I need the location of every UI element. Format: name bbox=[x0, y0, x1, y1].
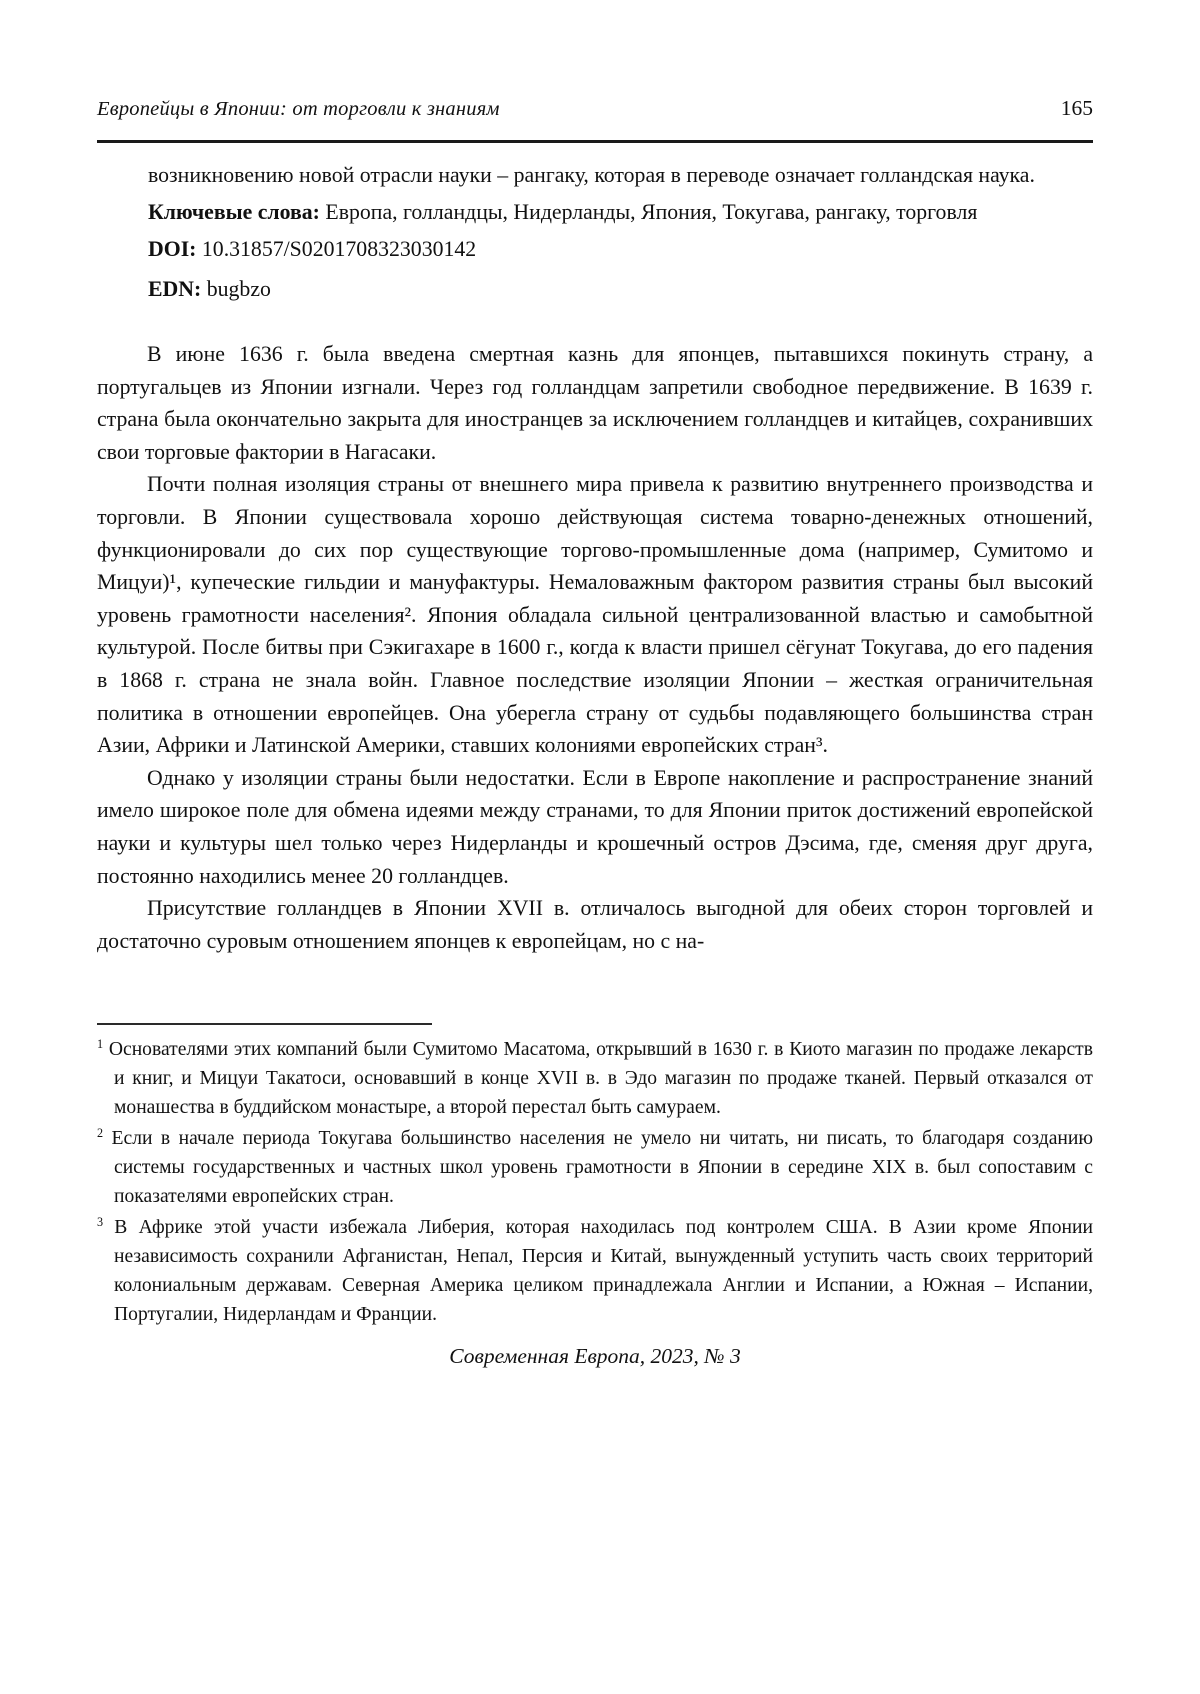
footnote-3-marker: 3 bbox=[97, 1215, 103, 1229]
footnote-2: 2 Если в начале периода Токугава большин… bbox=[97, 1124, 1093, 1211]
keywords-text: Европа, голландцы, Нидерланды, Япония, Т… bbox=[325, 200, 977, 224]
edn-label: EDN: bbox=[148, 277, 201, 301]
keywords-label: Ключевые слова: bbox=[148, 200, 320, 224]
keywords-paragraph: Ключевые слова: Европа, голландцы, Нидер… bbox=[148, 196, 1065, 229]
journal-page: Европейцы в Японии: от торговли к знания… bbox=[0, 0, 1200, 1694]
footnote-separator-rule bbox=[97, 1023, 432, 1025]
footnote-2-marker: 2 bbox=[97, 1126, 103, 1140]
journal-footer: Современная Европа, 2023, № 3 bbox=[97, 1341, 1093, 1371]
edn-value: bugbzo bbox=[207, 277, 271, 301]
edn-paragraph: EDN: bugbzo bbox=[148, 273, 1065, 306]
page-header: Европейцы в Японии: от торговли к знания… bbox=[97, 94, 1093, 143]
page-number: 165 bbox=[1061, 94, 1093, 122]
body-paragraph-4: Присутствие голландцев в Японии XVII в. … bbox=[97, 892, 1093, 957]
running-head-title: Европейцы в Японии: от торговли к знания… bbox=[97, 95, 500, 123]
body-paragraph-1: В июне 1636 г. была введена смертная каз… bbox=[97, 338, 1093, 468]
article-body: В июне 1636 г. была введена смертная каз… bbox=[97, 338, 1093, 957]
journal-footer-text: Современная Европа, 2023, № 3 bbox=[449, 1344, 740, 1368]
footnote-1: 1 Основателями этих компаний были Сумито… bbox=[97, 1035, 1093, 1122]
abstract-continuation: возникновению новой отрасли науки – ранг… bbox=[148, 159, 1065, 192]
body-paragraph-3: Однако у изоляции страны были недостатки… bbox=[97, 762, 1093, 892]
footnote-1-text: Основателями этих компаний были Сумитомо… bbox=[109, 1039, 1093, 1118]
footnotes-section: 1 Основателями этих компаний были Сумито… bbox=[97, 1023, 1093, 1329]
doi-value: 10.31857/S0201708323030142 bbox=[202, 237, 476, 261]
front-matter: возникновению новой отрасли науки – ранг… bbox=[148, 159, 1065, 306]
doi-paragraph: DOI: 10.31857/S0201708323030142 bbox=[148, 233, 1065, 266]
footnote-3-text: В Африке этой участи избежала Либерия, к… bbox=[114, 1217, 1093, 1325]
footnote-3: 3 В Африке этой участи избежала Либерия,… bbox=[97, 1213, 1093, 1329]
doi-label: DOI: bbox=[148, 237, 196, 261]
footnote-2-text: Если в начале периода Токугава большинст… bbox=[112, 1128, 1093, 1207]
footnote-1-marker: 1 bbox=[97, 1037, 103, 1051]
body-paragraph-2: Почти полная изоляция страны от внешнего… bbox=[97, 468, 1093, 761]
